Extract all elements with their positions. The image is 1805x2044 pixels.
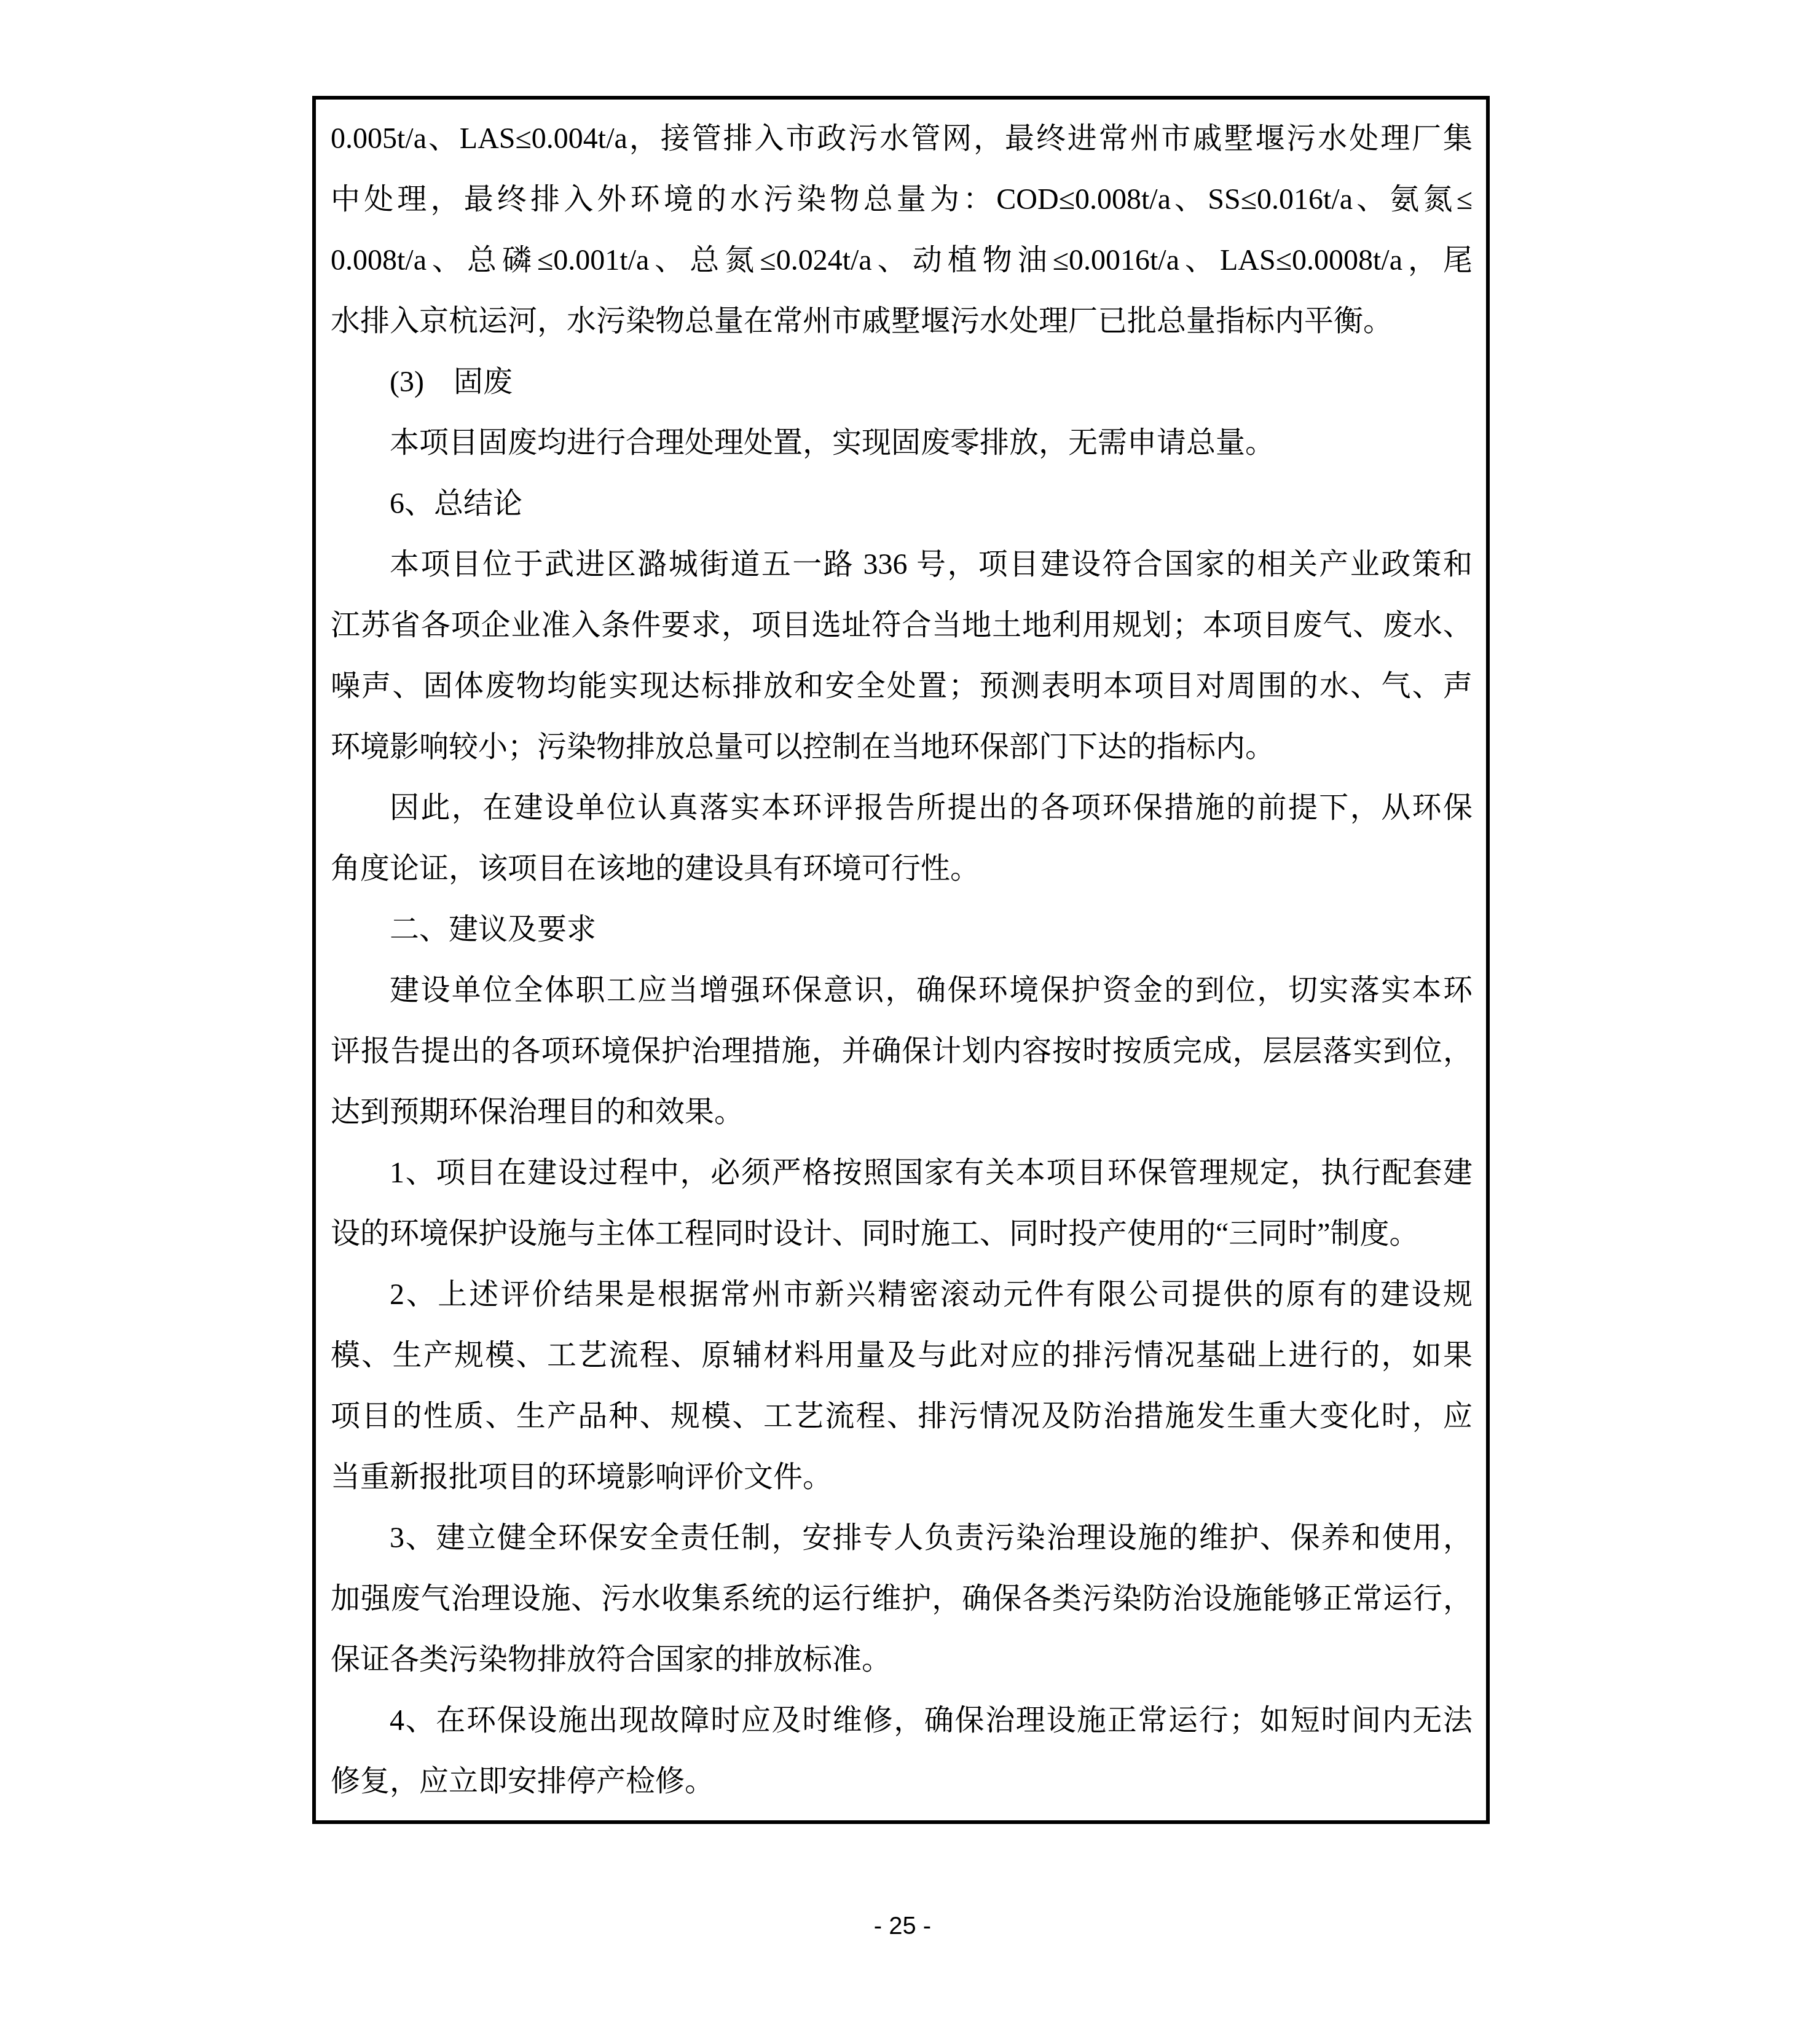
text-line: 修复，应立即安排停产检修。 [331, 1751, 1473, 1812]
text-line: 项目的性质、生产品种、规模、工艺流程、排污情况及防治措施发生重大变化时，应 [331, 1386, 1473, 1447]
text-line: 当重新报批项目的环境影响评价文件。 [331, 1447, 1473, 1507]
section-label: (3) 固废 [331, 352, 1473, 412]
text-line: 达到预期环保治理目的和效果。 [331, 1082, 1473, 1142]
text-line: 水排入京杭运河，水污染物总量在常州市戚墅堰污水处理厂已批总量指标内平衡。 [331, 291, 1473, 352]
section-label: 6、总结论 [331, 473, 1473, 534]
text-line: 本项目固废均进行合理处理处置，实现固废零排放，无需申请总量。 [331, 412, 1473, 473]
document-border-box: 0.005t/a、LAS≤0.004t/a，接管排入市政污水管网，最终进常州市戚… [312, 96, 1490, 1824]
text-line: 4、在环保设施出现故障时应及时维修，确保治理设施正常运行；如短时间内无法 [331, 1690, 1473, 1751]
page-number: - 25 - [0, 1909, 1805, 1943]
text-line: 建设单位全体职工应当增强环保意识，确保环境保护资金的到位，切实落实本环 [331, 960, 1473, 1021]
text-line: 3、建立健全环保安全责任制，安排专人负责污染治理设施的维护、保养和使用， [331, 1507, 1473, 1568]
text-line: 评报告提出的各项环境保护治理措施，并确保计划内容按时按质完成，层层落实到位， [331, 1021, 1473, 1082]
text-line: 本项目位于武进区潞城街道五一路 336 号，项目建设符合国家的相关产业政策和 [331, 534, 1473, 595]
text-line: 保证各类污染物排放符合国家的排放标准。 [331, 1629, 1473, 1690]
text-line: 2、上述评价结果是根据常州市新兴精密滚动元件有限公司提供的原有的建设规 [331, 1264, 1473, 1325]
text-line: 角度论证，该项目在该地的建设具有环境可行性。 [331, 838, 1473, 899]
text-line: 0.008t/a、总磷≤0.001t/a、总氮≤0.024t/a、动植物油≤0.… [331, 230, 1473, 291]
text-line: 1、项目在建设过程中，必须严格按照国家有关本项目环保管理规定，执行配套建 [331, 1142, 1473, 1203]
text-line: 设的环境保护设施与主体工程同时设计、同时施工、同时投产使用的“三同时”制度。 [331, 1203, 1473, 1264]
text-line: 因此，在建设单位认真落实本环评报告所提出的各项环保措施的前提下，从环保 [331, 777, 1473, 838]
text-line: 江苏省各项企业准入条件要求，项目选址符合当地土地利用规划；本项目废气、废水、 [331, 595, 1473, 656]
text-line: 加强废气治理设施、污水收集系统的运行维护，确保各类污染防治设施能够正常运行， [331, 1568, 1473, 1629]
text-line: 中处理，最终排入外环境的水污染物总量为：COD≤0.008t/a、SS≤0.01… [331, 169, 1473, 230]
text-line: 噪声、固体废物均能实现达标排放和安全处置；预测表明本项目对周围的水、气、声 [331, 656, 1473, 717]
text-line: 环境影响较小；污染物排放总量可以控制在当地环保部门下达的指标内。 [331, 717, 1473, 777]
text-line: 0.005t/a、LAS≤0.004t/a，接管排入市政污水管网，最终进常州市戚… [331, 108, 1473, 169]
text-line: 模、生产规模、工艺流程、原辅材料用量及与此对应的排污情况基础上进行的，如果 [331, 1325, 1473, 1386]
section-label: 二、建议及要求 [331, 899, 1473, 960]
